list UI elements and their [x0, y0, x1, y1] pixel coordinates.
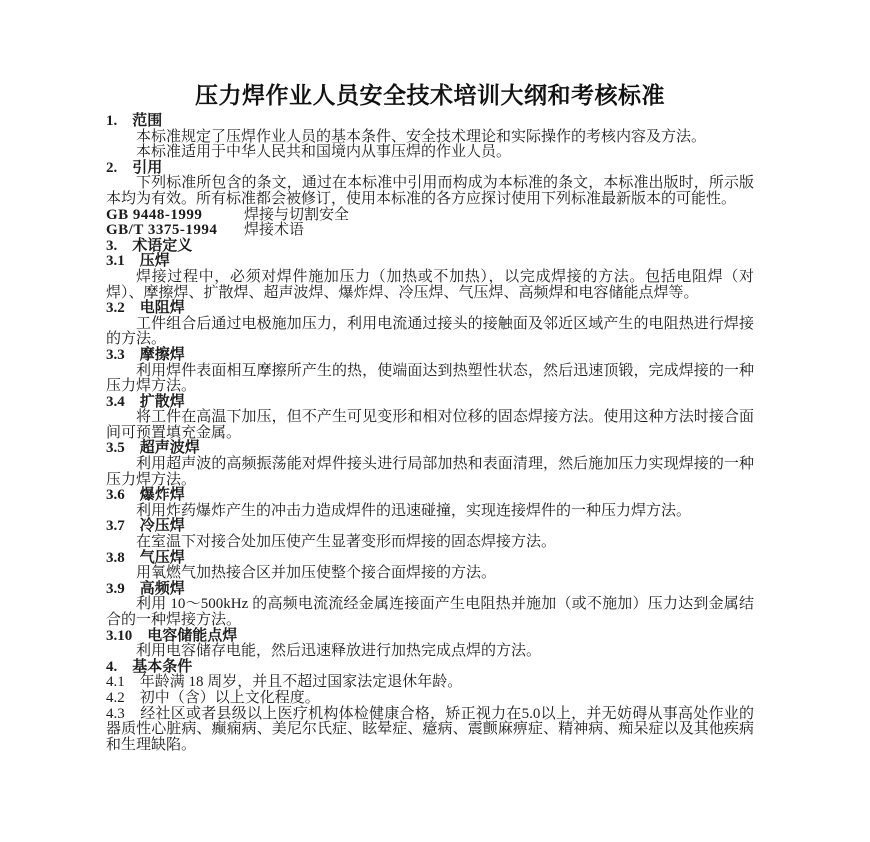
condition-item: 4.3 经社区或者县级以上医疗机构体检健康合格，矫正视力在5.0以上，并无妨碍从…	[106, 707, 754, 754]
document-page: 压力焊作业人员安全技术培训大纲和考核标准 1. 范围本标准规定了压焊作业人员的基…	[0, 0, 870, 842]
section-heading: 3.6 爆炸焊	[106, 488, 754, 504]
condition-item: 4.1 年龄满 18 周岁，并且不超过国家法定退休年龄。	[106, 675, 754, 691]
condition-item: 4.2 初中（含）以上文化程度。	[106, 691, 754, 707]
paragraph: 本标准适用于中华人民共和国境内从事压焊的作业人员。	[106, 145, 754, 161]
section-heading: 3.8 气压焊	[106, 551, 754, 567]
reference-code: GB 9448-1999	[106, 208, 244, 224]
paragraph: 焊接过程中，必须对焊件施加压力（加热或不加热），以完成焊接的方法。包括电阻焊（对…	[106, 270, 754, 301]
section-heading: 3.2 电阻焊	[106, 301, 754, 317]
reference-code: GB/T 3375-1994	[106, 223, 244, 239]
reference-name: 焊接术语	[244, 222, 304, 238]
document-title: 压力焊作业人员安全技术培训大纲和考核标准	[106, 84, 754, 108]
reference-line: GB/T 3375-1994焊接术语	[106, 223, 754, 239]
paragraph: 工件组合后通过电极施加压力，利用电流通过接头的接触面及邻近区域产生的电阻热进行焊…	[106, 317, 754, 348]
reference-line: GB 9448-1999焊接与切割安全	[106, 208, 754, 224]
document-body: 1. 范围本标准规定了压焊作业人员的基本条件、安全技术理论和实际操作的考核内容及…	[106, 114, 754, 753]
paragraph: 本标准规定了压焊作业人员的基本条件、安全技术理论和实际操作的考核内容及方法。	[106, 130, 754, 146]
section-heading: 3.1 压焊	[106, 254, 754, 270]
section-heading: 1. 范围	[106, 114, 754, 130]
paragraph: 利用焊件表面相互摩擦所产生的热，使端面达到热塑性状态，然后迅速顶锻，完成焊接的一…	[106, 364, 754, 395]
section-heading: 3. 术语定义	[106, 239, 754, 255]
paragraph: 在室温下对接合处加压使产生显著变形而焊接的固态焊接方法。	[106, 535, 754, 551]
paragraph: 将工件在高温下加压，但不产生可见变形和相对位移的固态焊接方法。使用这种方法时接合…	[106, 410, 754, 441]
document-content: 压力焊作业人员安全技术培训大纲和考核标准 1. 范围本标准规定了压焊作业人员的基…	[0, 0, 870, 753]
paragraph: 利用超声波的高频振荡能对焊件接头进行局部加热和表面清理，然后施加压力实现焊接的一…	[106, 457, 754, 488]
section-heading: 3.5 超声波焊	[106, 441, 754, 457]
section-heading: 3.3 摩擦焊	[106, 348, 754, 364]
reference-name: 焊接与切割安全	[244, 207, 349, 223]
paragraph: 下列标准所包含的条文，通过在本标准中引用而构成为本标准的条文，本标准出版时，所示…	[106, 176, 754, 207]
section-heading: 3.7 冷压焊	[106, 519, 754, 535]
paragraph: 利用炸药爆炸产生的冲击力造成焊件的迅速碰撞，实现连接焊件的一种压力焊方法。	[106, 504, 754, 520]
paragraph: 利用电容储存电能，然后迅速释放进行加热完成点焊的方法。	[106, 644, 754, 660]
paragraph: 用氧燃气加热接合区并加压使整个接合面焊接的方法。	[106, 566, 754, 582]
section-heading: 3.4 扩散焊	[106, 395, 754, 411]
paragraph: 利用 10～500kHz 的高频电流流经金属连接面产生电阻热并施加（或不施加）压…	[106, 597, 754, 628]
section-heading: 3.10 电容储能点焊	[106, 629, 754, 645]
